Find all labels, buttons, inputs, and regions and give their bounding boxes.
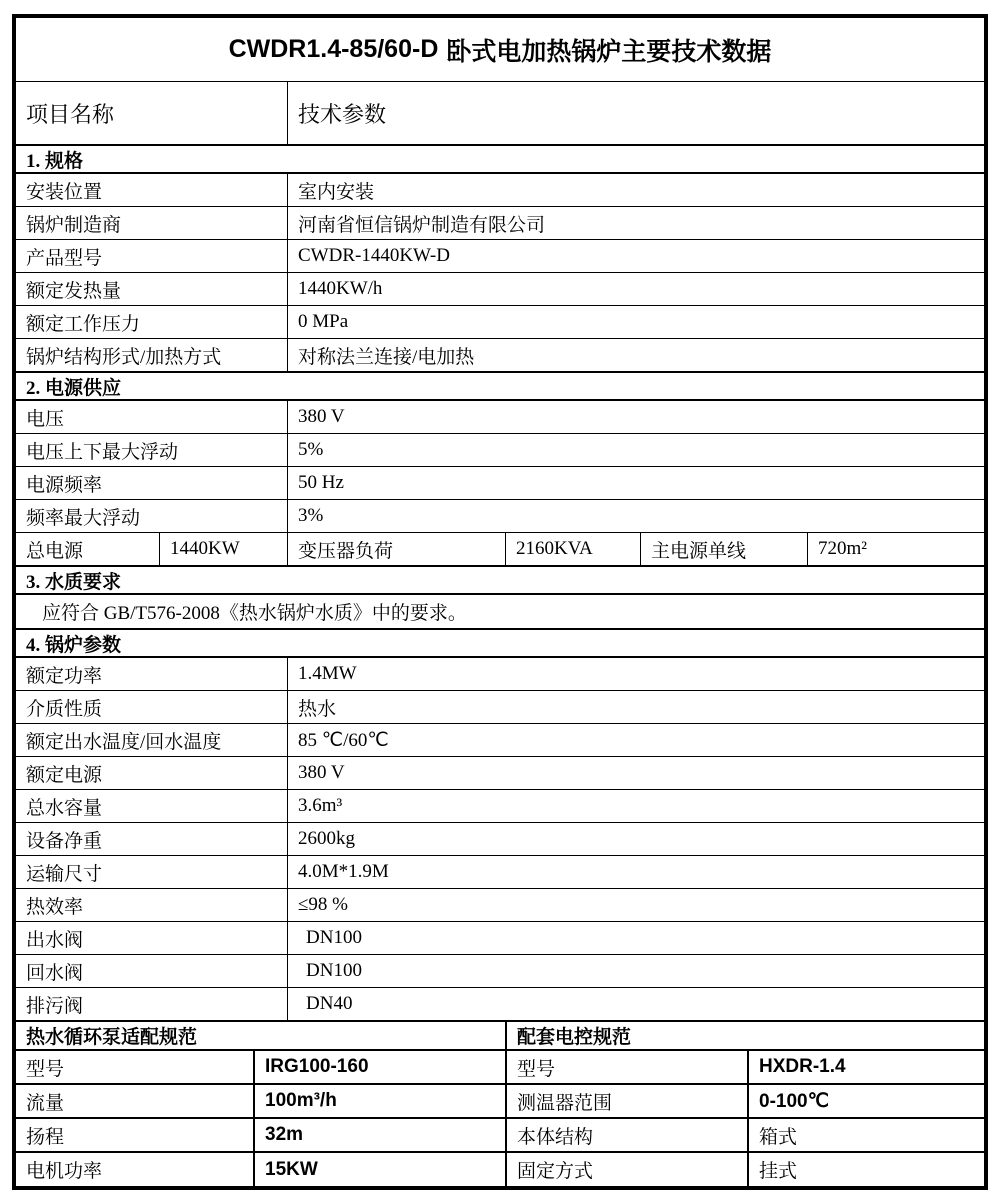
- row-value: 箱式: [747, 1119, 984, 1151]
- row-value: 河南省恒信锅炉制造有限公司: [287, 207, 984, 239]
- total-power-row: 总电源 1440KW 变压器负荷 2160KVA 主电源单线 720m²: [16, 533, 984, 566]
- table-row: 电机功率 15KW 固定方式 挂式: [16, 1153, 984, 1186]
- row-label: 锅炉制造商: [16, 207, 287, 239]
- page-title: CWDR1.4-85/60-D 卧式电加热锅炉主要技术数据: [16, 18, 984, 82]
- row-value: DN100: [287, 922, 984, 954]
- water-quality-note: 应符合 GB/T576-2008《热水锅炉水质》中的要求。: [16, 595, 984, 628]
- row-value: 4.0M*1.9M: [287, 856, 984, 888]
- table-row: 额定功率 1.4MW: [16, 658, 984, 691]
- row-value: 15KW: [253, 1153, 505, 1186]
- table-row: 电源频率 50 Hz: [16, 467, 984, 500]
- table-row: 额定出水温度/回水温度 85 ℃/60℃: [16, 724, 984, 757]
- row-value: 室内安装: [287, 174, 984, 206]
- row-label: 频率最大浮动: [16, 500, 287, 532]
- row-value: 1440KW/h: [287, 273, 984, 305]
- row-value: DN40: [287, 988, 984, 1020]
- section-heading-spec: 1. 规格: [16, 145, 984, 174]
- row-label: 排污阀: [16, 988, 287, 1020]
- row-value: 2600kg: [287, 823, 984, 855]
- row-label: 热效率: [16, 889, 287, 921]
- table-row: 排污阀 DN40: [16, 988, 984, 1021]
- row-label: 主电源单线: [640, 533, 807, 565]
- table-row: 额定电源 380 V: [16, 757, 984, 790]
- table-row: 回水阀 DN100: [16, 955, 984, 988]
- table-row: 介质性质 热水: [16, 691, 984, 724]
- row-label: 锅炉结构形式/加热方式: [16, 339, 287, 371]
- column-header-item: 项目名称: [16, 82, 287, 144]
- row-label: 产品型号: [16, 240, 287, 272]
- row-label: 额定电源: [16, 757, 287, 789]
- table-row: 型号 IRG100-160 型号 HXDR-1.4: [16, 1051, 984, 1085]
- row-value: 2160KVA: [505, 533, 640, 565]
- row-label: 流量: [16, 1085, 253, 1117]
- row-value: HXDR-1.4: [747, 1051, 984, 1083]
- row-label: 型号: [505, 1051, 747, 1083]
- row-value: 100m³/h: [253, 1085, 505, 1117]
- table-row: 锅炉制造商 河南省恒信锅炉制造有限公司: [16, 207, 984, 240]
- table-row: 设备净重 2600kg: [16, 823, 984, 856]
- table-row: 总水容量 3.6m³: [16, 790, 984, 823]
- water-quality-note-row: 应符合 GB/T576-2008《热水锅炉水质》中的要求。: [16, 595, 984, 629]
- row-value: 5%: [287, 434, 984, 466]
- column-header-row: 项目名称 技术参数: [16, 82, 984, 145]
- title-text: 卧式电加热锅炉主要技术数据: [446, 32, 771, 68]
- row-label: 电源频率: [16, 467, 287, 499]
- row-label: 设备净重: [16, 823, 287, 855]
- row-label: 固定方式: [505, 1153, 747, 1186]
- row-label: 电机功率: [16, 1153, 253, 1186]
- row-label: 额定工作压力: [16, 306, 287, 338]
- row-value: 32m: [253, 1119, 505, 1151]
- row-label: 回水阀: [16, 955, 287, 987]
- row-label: 本体结构: [505, 1119, 747, 1151]
- row-label: 安装位置: [16, 174, 287, 206]
- row-value: 1440KW: [159, 533, 287, 565]
- row-label: 电压: [16, 401, 287, 433]
- row-value: 热水: [287, 691, 984, 723]
- table-row: 产品型号 CWDR-1440KW-D: [16, 240, 984, 273]
- table-row: 额定工作压力 0 MPa: [16, 306, 984, 339]
- technical-data-table: CWDR1.4-85/60-D 卧式电加热锅炉主要技术数据 项目名称 技术参数 …: [12, 14, 988, 1190]
- row-label: 电压上下最大浮动: [16, 434, 287, 466]
- row-value: 0 MPa: [287, 306, 984, 338]
- row-value: 3.6m³: [287, 790, 984, 822]
- row-value: 85 ℃/60℃: [287, 724, 984, 756]
- row-label: 变压器负荷: [287, 533, 505, 565]
- row-label: 型号: [16, 1051, 253, 1083]
- section-heading-water-quality: 3. 水质要求: [16, 566, 984, 595]
- title-model-number: CWDR1.4-85/60-D: [229, 35, 439, 64]
- table-row: 安装位置 室内安装: [16, 174, 984, 207]
- table-row: 频率最大浮动 3%: [16, 500, 984, 533]
- pump-spec-heading: 热水循环泵适配规范: [16, 1022, 505, 1049]
- table-row: 出水阀 DN100: [16, 922, 984, 955]
- row-value: 720m²: [807, 533, 984, 565]
- table-row: 运输尺寸 4.0M*1.9M: [16, 856, 984, 889]
- row-value: 1.4MW: [287, 658, 984, 690]
- row-label: 总水容量: [16, 790, 287, 822]
- row-label: 扬程: [16, 1119, 253, 1151]
- bottom-section-header-row: 热水循环泵适配规范 配套电控规范: [16, 1021, 984, 1051]
- row-label: 介质性质: [16, 691, 287, 723]
- row-label: 出水阀: [16, 922, 287, 954]
- section-heading-boiler-params: 4. 锅炉参数: [16, 629, 984, 658]
- table-row: 流量 100m³/h 测温器范围 0-100℃: [16, 1085, 984, 1119]
- row-value: 380 V: [287, 401, 984, 433]
- row-value: 挂式: [747, 1153, 984, 1186]
- table-row: 额定发热量 1440KW/h: [16, 273, 984, 306]
- row-label: 测温器范围: [505, 1085, 747, 1117]
- control-spec-heading: 配套电控规范: [505, 1022, 984, 1049]
- row-label: 额定功率: [16, 658, 287, 690]
- row-value: 380 V: [287, 757, 984, 789]
- row-value: 50 Hz: [287, 467, 984, 499]
- row-label: 总电源: [16, 533, 159, 565]
- section-heading-power-supply: 2. 电源供应: [16, 372, 984, 401]
- row-value: ≤98 %: [287, 889, 984, 921]
- row-value: 对称法兰连接/电加热: [287, 339, 984, 371]
- row-label: 额定发热量: [16, 273, 287, 305]
- row-value: 3%: [287, 500, 984, 532]
- row-label: 运输尺寸: [16, 856, 287, 888]
- row-label: 额定出水温度/回水温度: [16, 724, 287, 756]
- table-row: 扬程 32m 本体结构 箱式: [16, 1119, 984, 1153]
- table-row: 电压 380 V: [16, 401, 984, 434]
- row-value: IRG100-160: [253, 1051, 505, 1083]
- row-value: 0-100℃: [747, 1085, 984, 1117]
- row-value: DN100: [287, 955, 984, 987]
- table-row: 热效率 ≤98 %: [16, 889, 984, 922]
- column-header-param: 技术参数: [287, 82, 984, 144]
- table-row: 电压上下最大浮动 5%: [16, 434, 984, 467]
- row-value: CWDR-1440KW-D: [287, 240, 984, 272]
- table-row: 锅炉结构形式/加热方式 对称法兰连接/电加热: [16, 339, 984, 372]
